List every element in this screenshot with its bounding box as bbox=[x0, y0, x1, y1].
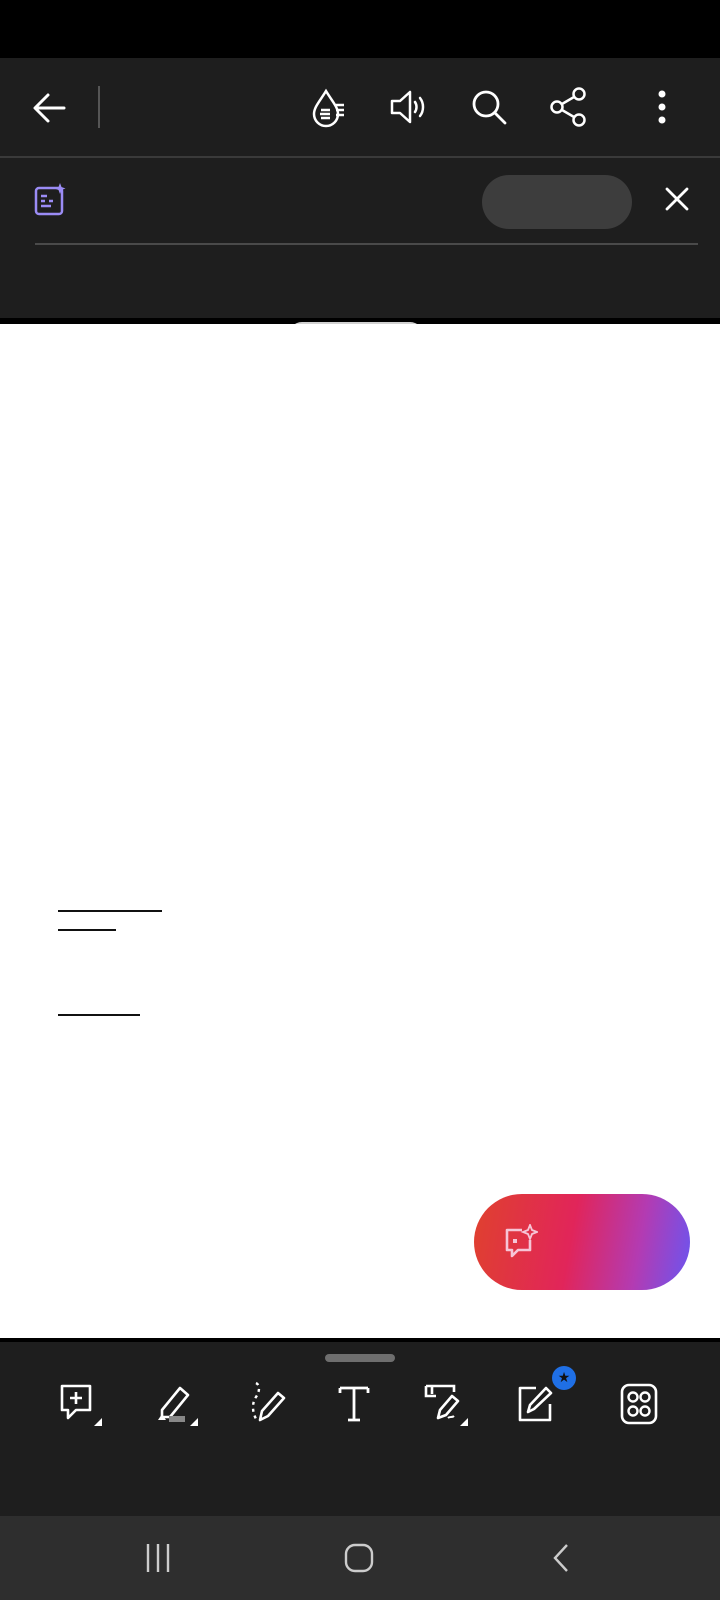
home-icon[interactable] bbox=[334, 1538, 384, 1578]
tool-more-tools[interactable] bbox=[589, 1380, 689, 1490]
toolbar-divider bbox=[98, 86, 100, 128]
tool-comment[interactable] bbox=[30, 1380, 130, 1490]
tool-draw[interactable] bbox=[216, 1380, 316, 1490]
edit-pdf-icon: ★ bbox=[512, 1380, 560, 1428]
system-navigation-bar bbox=[0, 1516, 720, 1600]
more-options-icon[interactable] bbox=[638, 83, 686, 131]
more-tools-icon bbox=[615, 1380, 663, 1428]
text-icon bbox=[330, 1380, 378, 1428]
underline bbox=[58, 929, 116, 931]
generative-summary-banner bbox=[0, 158, 720, 318]
close-icon[interactable] bbox=[660, 182, 694, 216]
status-bar bbox=[0, 0, 720, 58]
tool-fill-sign[interactable] bbox=[396, 1380, 496, 1490]
generative-summary-icon bbox=[34, 182, 68, 216]
fill-sign-icon bbox=[422, 1380, 470, 1428]
underline bbox=[58, 910, 162, 912]
qr-code bbox=[574, 344, 668, 438]
tool-text[interactable] bbox=[304, 1380, 404, 1490]
back-nav-icon[interactable] bbox=[536, 1538, 586, 1578]
tool-edit-pdf[interactable]: ★ bbox=[486, 1380, 586, 1490]
ai-assistant-button[interactable] bbox=[474, 1194, 690, 1290]
continue-button[interactable] bbox=[482, 175, 632, 229]
draw-icon bbox=[242, 1380, 290, 1428]
tool-highlight[interactable] bbox=[126, 1380, 226, 1490]
highlight-icon bbox=[152, 1380, 200, 1428]
search-icon[interactable] bbox=[465, 83, 513, 131]
liquid-mode-icon[interactable] bbox=[306, 83, 354, 131]
bottom-tools-panel: ★ bbox=[0, 1342, 720, 1516]
new-feature-star-badge: ★ bbox=[552, 1366, 576, 1390]
comment-icon bbox=[56, 1380, 104, 1428]
file-name-chip bbox=[288, 322, 424, 362]
top-toolbar bbox=[0, 58, 720, 158]
back-arrow-icon[interactable] bbox=[28, 86, 72, 130]
recent-apps-icon[interactable] bbox=[133, 1538, 183, 1578]
read-aloud-icon[interactable] bbox=[384, 83, 432, 131]
share-icon[interactable] bbox=[545, 83, 593, 131]
ai-assistant-icon bbox=[502, 1224, 538, 1260]
underline bbox=[58, 1014, 140, 1016]
divider bbox=[35, 243, 698, 245]
pdf-page bbox=[0, 324, 720, 1338]
drag-handle[interactable] bbox=[325, 1354, 395, 1362]
document-viewer[interactable] bbox=[0, 318, 720, 1342]
